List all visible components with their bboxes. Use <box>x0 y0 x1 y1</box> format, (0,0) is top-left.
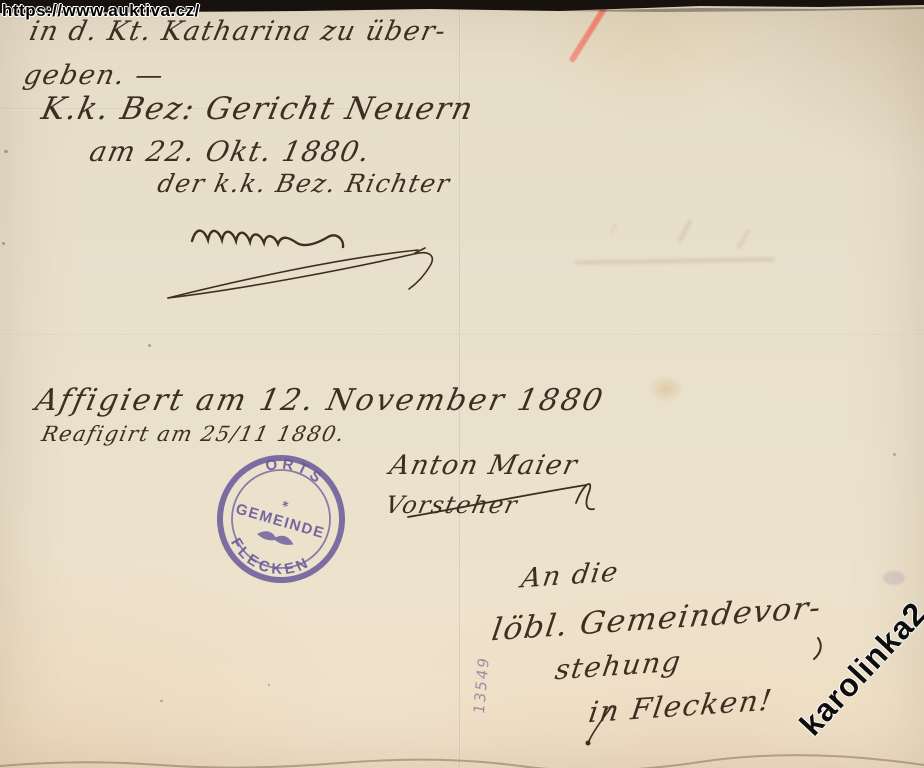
stamp-top-word: ORTS <box>260 449 330 491</box>
horizontal-crease-mid <box>0 334 924 336</box>
paper-speck <box>2 242 5 245</box>
paper-speck <box>148 344 151 347</box>
paper-speck <box>893 453 896 456</box>
signature-underline-flourish <box>168 250 418 298</box>
faint-purple-smudge <box>883 571 905 585</box>
ghost-stroke <box>575 257 775 264</box>
handwriting-address-line1: An die <box>519 559 620 593</box>
handwriting-court-line1: K.k. Bez: Gericht Neuern <box>39 94 477 125</box>
scanned-document: in d. Kt. Katharina zu über- geben. — K.… <box>0 0 924 768</box>
handwriting-court-line3: der k.k. Bez. Richter <box>155 171 453 196</box>
vorsteher-paraph-hook <box>576 484 594 509</box>
stamp-arc-top-text: ORTS <box>260 449 330 491</box>
judge-signature-scribble <box>192 231 343 247</box>
ghost-stroke <box>677 219 693 244</box>
signature-underline-return <box>168 253 432 298</box>
bottom-paper-edge <box>0 755 924 768</box>
handwriting-posting-line1: Affigiert am 12. November 1880 <box>33 386 608 416</box>
pencil-archive-number: 13549 <box>470 655 493 716</box>
red-crayon-mark <box>568 2 609 63</box>
handwriting-address-line2: löbl. Gemeindevor- <box>490 593 824 647</box>
ghost-stroke <box>737 229 751 250</box>
paper-speck <box>160 700 163 702</box>
handwriting-posting-line2: Reafigirt am 25/11 1880. <box>40 424 347 445</box>
signature-arrow-tick <box>415 248 425 253</box>
auction-site-watermark: https://www.auktiva.cz/ <box>2 1 200 21</box>
municipal-stamp: ORTS ∗ GEMEINDE FLECKEN <box>188 426 374 612</box>
top-edge-shadow <box>560 7 924 12</box>
paper-speck <box>4 150 8 153</box>
handwriting-top-note-line2: geben. — <box>21 62 167 89</box>
ghost-stroke <box>609 222 618 236</box>
paper-speck <box>268 684 270 686</box>
handwriting-top-note-line1: in d. Kt. Katharina zu über- <box>27 18 449 45</box>
handwriting-address-line4: in Flecken! <box>587 686 775 728</box>
handwriting-signer-name: Anton Maier <box>387 452 580 479</box>
address-comma-flourish <box>814 638 821 659</box>
handwriting-address-line3: stehung <box>553 648 683 685</box>
stamp-separator-mark: ∗ <box>280 498 290 510</box>
handwriting-signer-title: Vorsteher <box>383 493 520 517</box>
flecken-ink-dot <box>586 741 591 746</box>
handwriting-court-line2: am 22. Okt. 1880. <box>87 138 373 166</box>
